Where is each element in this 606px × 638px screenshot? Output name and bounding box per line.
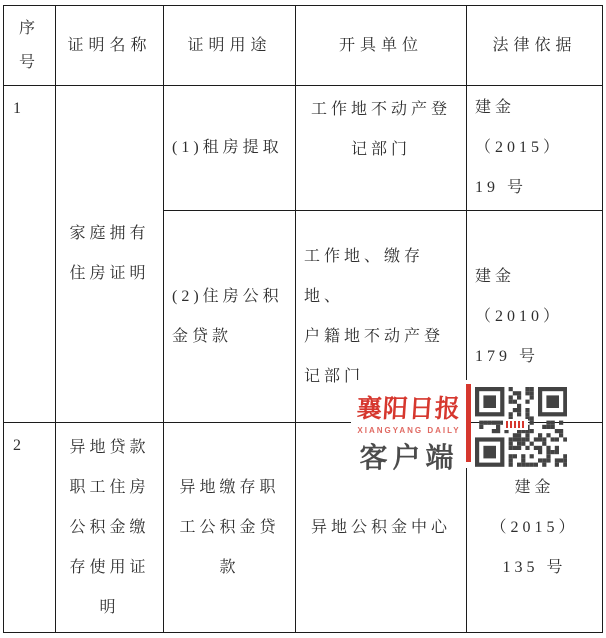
header-cert-name: 证明名称 [56,6,164,86]
header-legal-basis: 法律依据 [467,6,603,86]
qr-badge-marks [506,421,525,428]
row1a-legal: 建金（2015） 19 号 [467,86,603,211]
table-row: 1 家庭拥有 住房证明 (1)租房提取 工作地不动产登 记部门 建金（2015）… [4,86,603,211]
masthead-subtitle: XIANGYANG DAILY [351,426,467,435]
red-divider-bar [466,384,471,462]
row2-purpose: 异地缴存职 工公积金贷 款 [164,423,296,633]
header-issuing-unit: 开具单位 [296,6,467,86]
row2-seq-no: 2 [4,423,56,633]
row1a-purpose: (1)租房提取 [164,86,296,211]
header-row: 序 号 证明名称 证明用途 开具单位 法律依据 [4,6,603,86]
newspaper-logo: 襄阳日报 XIANGYANG DAILY 客户端 [351,380,467,468]
certificate-table: 序 号 证明名称 证明用途 开具单位 法律依据 1 家庭拥有 住房证明 (1)租… [3,5,603,633]
row2-cert-name: 异地贷款 职工住房 公积金缴 存使用证 明 [56,423,164,633]
row1-seq-no: 1 [4,86,56,423]
row1a-issuer: 工作地不动产登 记部门 [296,86,467,211]
qr-code-icon [475,387,567,467]
client-label: 客户端 [351,436,467,476]
row1b-purpose: (2)住房公积 金贷款 [164,211,296,423]
masthead-text: 襄阳日报 [350,389,469,425]
qr-center-badge [503,419,528,430]
certificate-table-sheet: 序 号 证明名称 证明用途 开具单位 法律依据 1 家庭拥有 住房证明 (1)租… [3,5,603,633]
header-seq-no: 序 号 [4,6,56,86]
header-cert-purpose: 证明用途 [164,6,296,86]
row1-cert-name: 家庭拥有 住房证明 [56,86,164,423]
xiangyang-daily-watermark: 襄阳日报 XIANGYANG DAILY 客户端 [346,378,570,470]
